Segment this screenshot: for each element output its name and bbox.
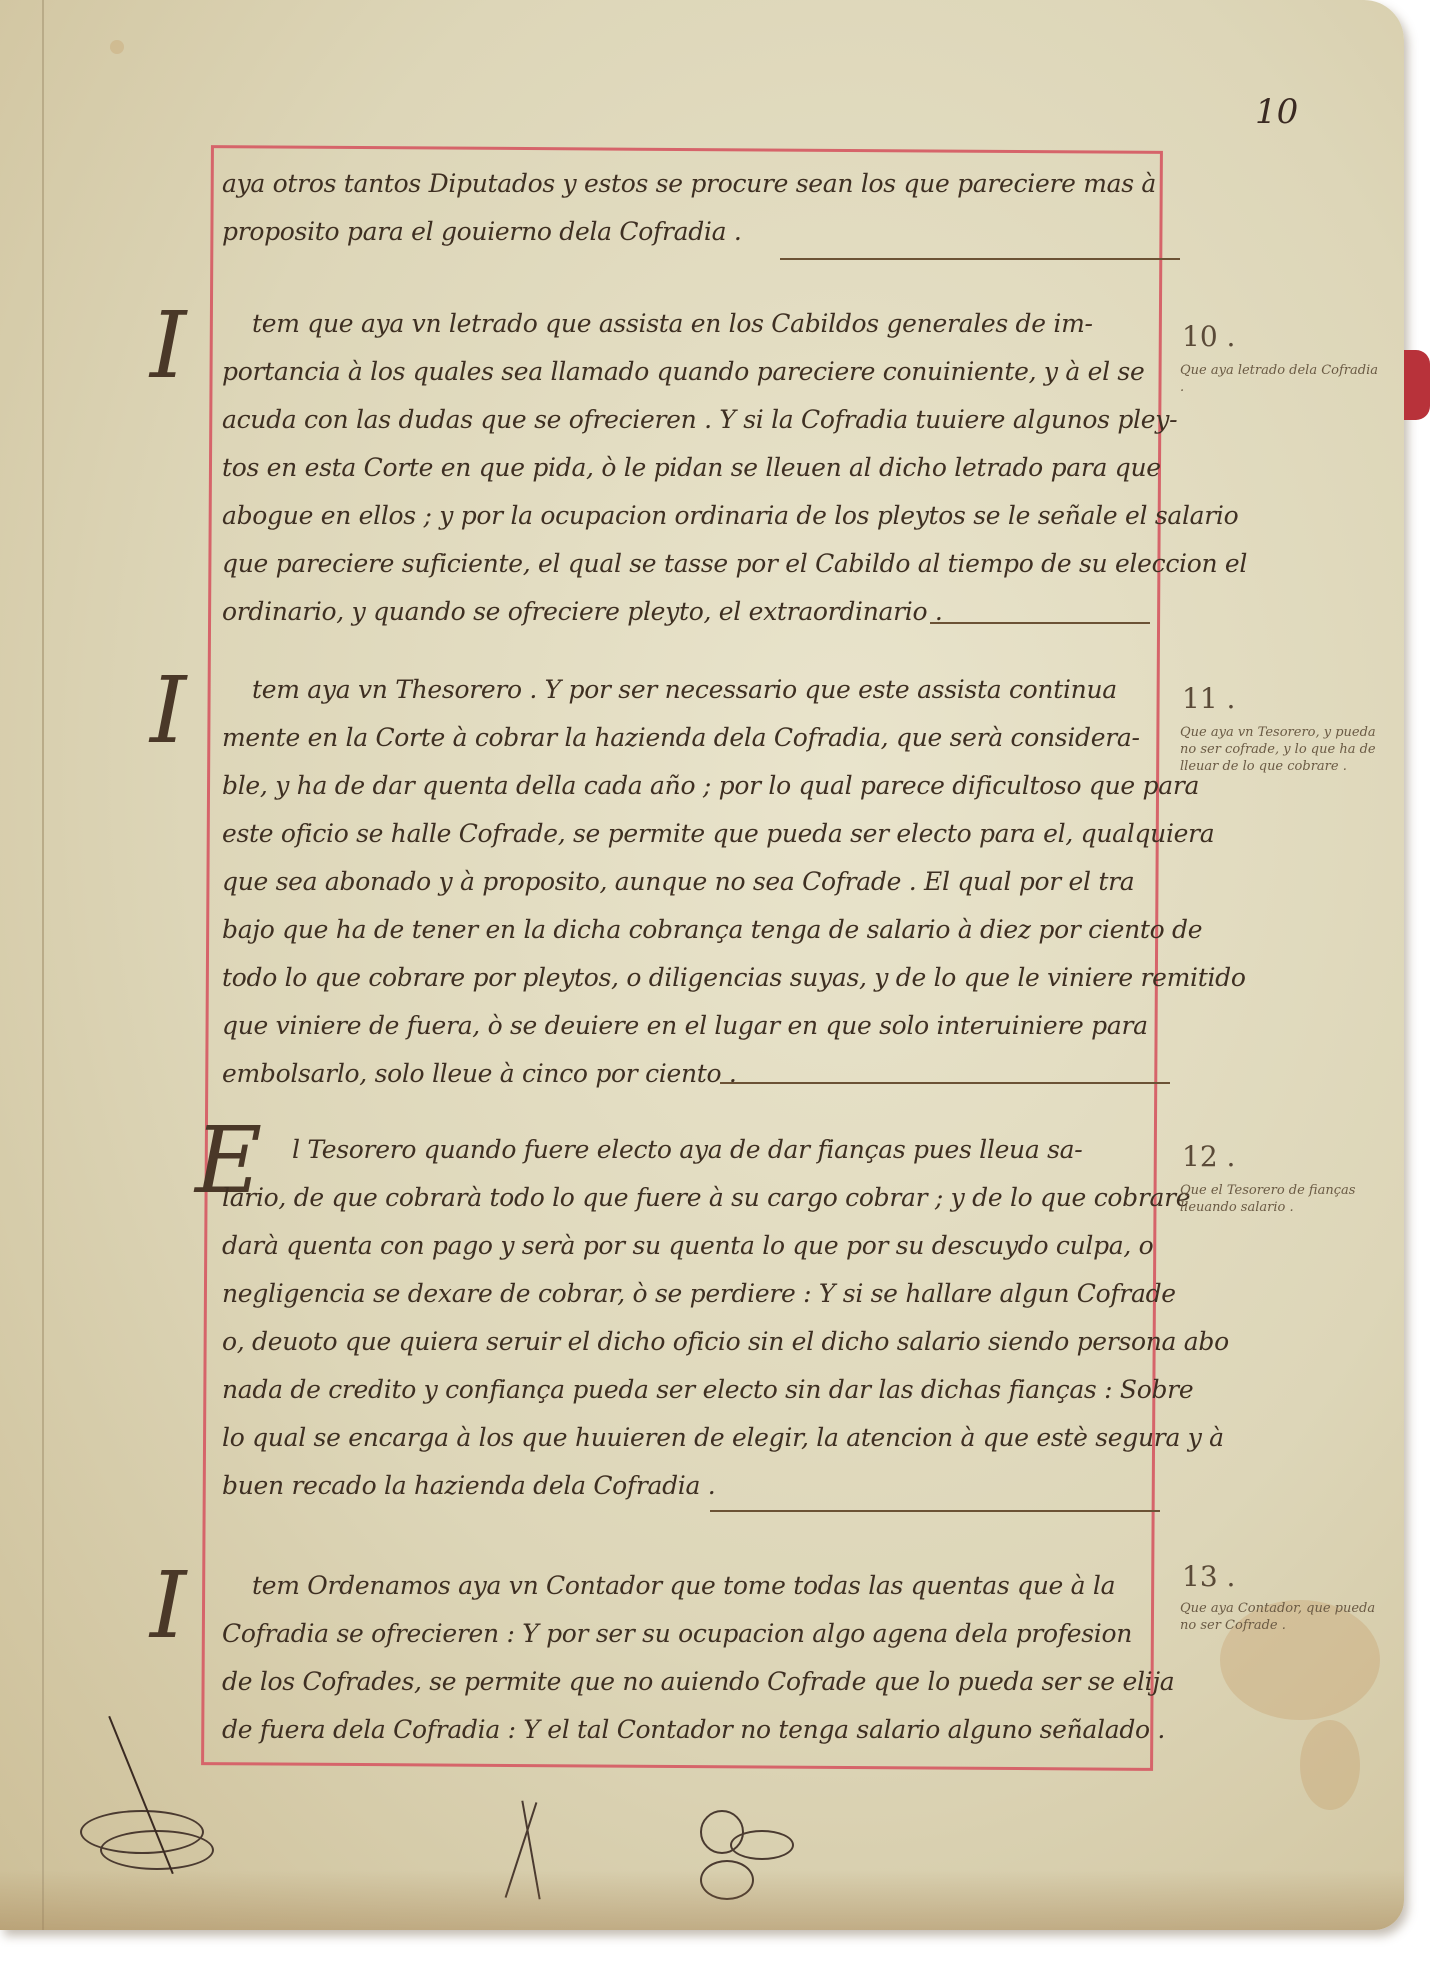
binding-gutter (42, 0, 44, 1930)
text-line: este oficio se halle Cofrade, se permite… (222, 810, 1162, 858)
item-number-13: 13 . (1182, 1560, 1235, 1593)
signature-rubric-right (690, 1810, 810, 1920)
text-line: l Tesorero quando fuere electo aya de da… (222, 1126, 1162, 1174)
text-line: nada de credito y confiança pueda ser el… (222, 1366, 1162, 1414)
text-line: darà quenta con pago y serà por su quent… (222, 1222, 1162, 1270)
item-12-paragraph: l Tesorero quando fuere electo aya de da… (222, 1126, 1162, 1510)
continuation-paragraph: aya otros tantos Diputados y estos se pr… (222, 160, 1162, 256)
water-stain (1300, 1720, 1360, 1810)
text-line: lario, de que cobrarà todo lo que fuere … (222, 1174, 1162, 1222)
text-line: o, deuoto que quiera seruir el dicho ofi… (222, 1318, 1162, 1366)
text-line: proposito para el gouierno dela Cofradia… (222, 208, 1162, 256)
item-number-11: 11 . (1182, 682, 1235, 715)
margin-note-12: Que el Tesorero de fianças lleuando sala… (1180, 1182, 1380, 1216)
text-line: mente en la Corte à cobrar la hazienda d… (222, 714, 1162, 762)
text-line: buen recado la hazienda dela Cofradia . (222, 1462, 1162, 1510)
text-line: de fuera dela Cofradia : Y el tal Contad… (222, 1706, 1162, 1754)
foxing-spot (110, 40, 124, 54)
text-line: tem que aya vn letrado que assista en lo… (222, 300, 1162, 348)
margin-note-13: Que aya Contador, que pueda no ser Cofra… (1180, 1600, 1380, 1634)
text-line: aya otros tantos Diputados y estos se pr… (222, 160, 1162, 208)
text-line: bajo que ha de tener en la dicha cobranç… (222, 906, 1162, 954)
text-line: abogue en ellos ; y por la ocupacion ord… (222, 492, 1162, 540)
text-line: de los Cofrades, se permite que no auien… (222, 1658, 1162, 1706)
text-line: ble, y ha de dar quenta della cada año ;… (222, 762, 1162, 810)
text-line: lo qual se encarga à los que huuieren de… (222, 1414, 1162, 1462)
text-line: portancia à los quales sea llamado quand… (222, 348, 1162, 396)
text-line: negligencia se dexare de cobrar, ò se pe… (222, 1270, 1162, 1318)
line-filler-rule (720, 1082, 1170, 1084)
text-line: que viniere de fuera, ò se deuiere en el… (222, 1002, 1162, 1050)
text-line: tem Ordenamos aya vn Contador que tome t… (222, 1562, 1162, 1610)
text-line: que pareciere suficiente, el qual se tas… (222, 540, 1162, 588)
text-line: que sea abonado y à proposito, aunque no… (222, 858, 1162, 906)
decorated-initial: I (150, 300, 186, 392)
decorated-initial: I (150, 1560, 186, 1652)
item-10-paragraph: tem que aya vn letrado que assista en lo… (222, 300, 1162, 636)
manuscript-page: 10 aya otros tantos Diputados y estos se… (0, 0, 1404, 1930)
text-line: embolsarlo, solo lleue à cinco por cient… (222, 1050, 1162, 1098)
text-line: tem aya vn Thesorero . Y por ser necessa… (222, 666, 1162, 714)
item-13-paragraph: tem Ordenamos aya vn Contador que tome t… (222, 1562, 1162, 1754)
text-line: todo lo que cobrare por pleytos, o dilig… (222, 954, 1162, 1002)
text-line: tos en esta Corte en que pida, ò le pida… (222, 444, 1162, 492)
item-11-paragraph: tem aya vn Thesorero . Y por ser necessa… (222, 666, 1162, 1098)
item-number-10: 10 . (1182, 320, 1235, 353)
text-line: ordinario, y quando se ofreciere pleyto,… (222, 588, 1162, 636)
folio-number: 10 (1255, 92, 1298, 132)
signature-rubric-left (80, 1740, 220, 1870)
margin-note-11: Que aya vn Tesorero, y pueda no ser cofr… (1180, 724, 1380, 775)
signature-rubric-center (490, 1800, 570, 1920)
decorated-initial: I (150, 665, 186, 757)
wax-seal-tab (1404, 350, 1430, 420)
text-line: acuda con las dudas que se ofrecieren . … (222, 396, 1162, 444)
line-filler-rule (710, 1510, 1160, 1512)
text-line: Cofradia se ofrecieren : Y por ser su oc… (222, 1610, 1162, 1658)
margin-note-10: Que aya letrado dela Cofradia . (1180, 362, 1380, 396)
line-filler-rule (930, 622, 1150, 624)
line-filler-rule (780, 258, 1180, 260)
item-number-12: 12 . (1182, 1140, 1235, 1173)
